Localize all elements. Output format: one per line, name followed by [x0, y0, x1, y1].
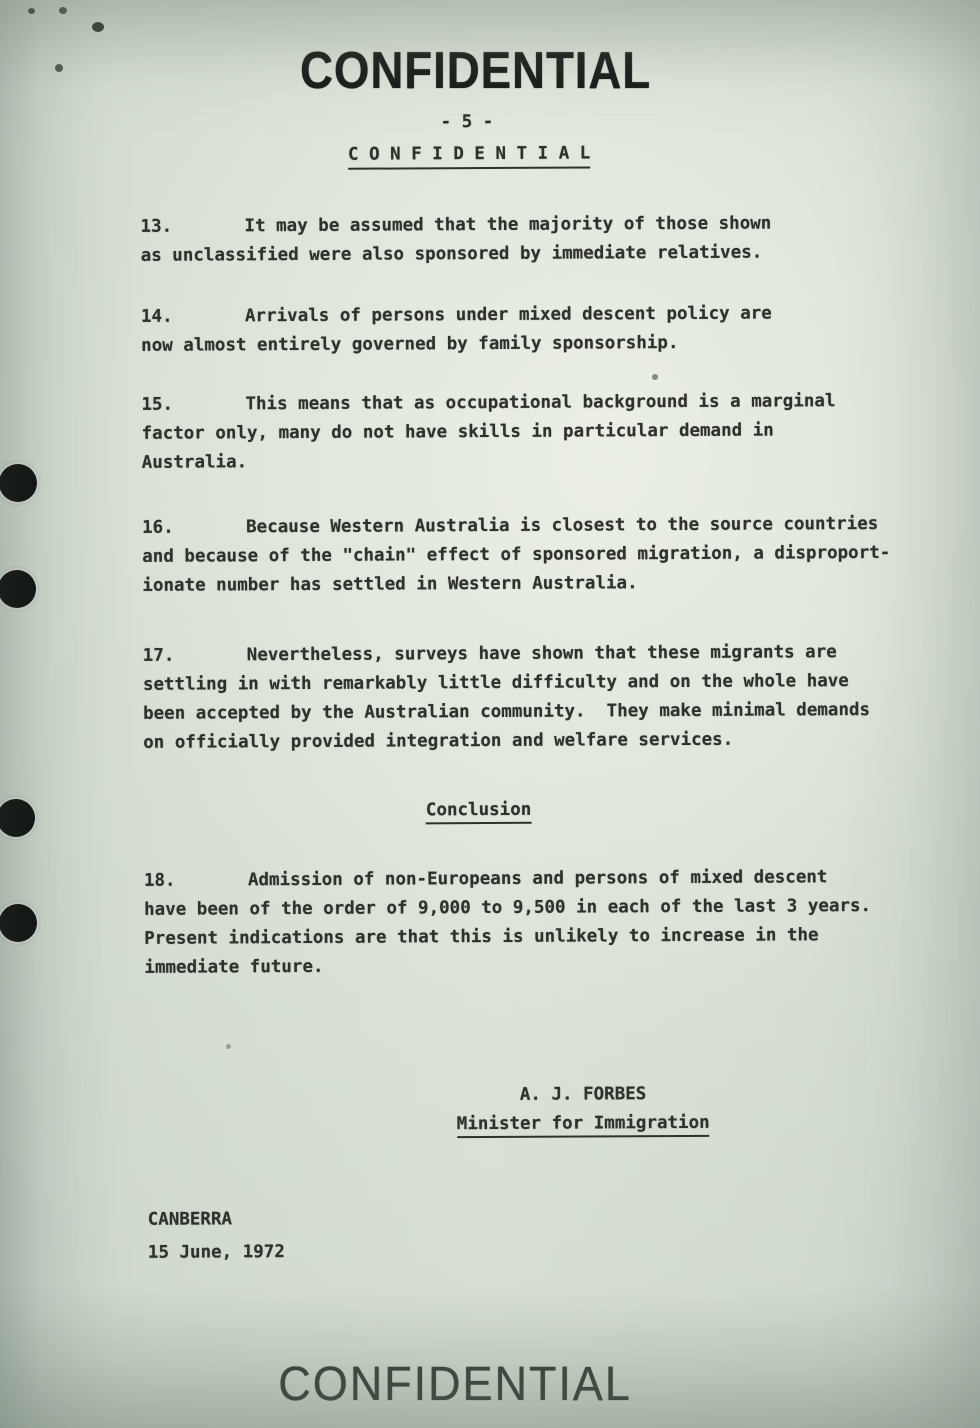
paragraph-18: 18.Admission of non-Europeans and person… [144, 863, 925, 983]
confidential-stamp-bottom-text: CONFIDENTIAL [278, 1357, 631, 1412]
paper-speck [92, 22, 104, 32]
paragraph-15: 15.This means that as occupational backg… [141, 387, 921, 478]
classification-header-text: C O N F I D E N T I A L [348, 143, 590, 169]
hole-punch-icon [0, 904, 37, 942]
paragraph-17: 17.Nevertheless, surveys have shown that… [143, 638, 924, 758]
paragraph-18-text: Admission of non-Europeans and persons o… [144, 867, 871, 978]
paragraph-16-text: Because Western Australia is closest to … [142, 514, 890, 596]
paper-speck [59, 7, 67, 14]
paragraph-15-number: 15. [141, 390, 245, 420]
paragraph-18-number: 18. [144, 866, 248, 896]
signature-title: Minister for Immigration [457, 1113, 710, 1138]
page-number: - 5 - [0, 106, 937, 140]
date-line: 15 June, 1972 [148, 1238, 285, 1268]
paper-speck [652, 374, 658, 380]
paragraph-17-number: 17. [143, 641, 247, 671]
conclusion-heading: Conclusion [1, 794, 957, 828]
scanned-document-page: CONFIDENTIAL - 5 - C O N F I D E N T I A… [0, 0, 980, 1428]
paragraph-14: 14.Arrivals of persons under mixed desce… [141, 299, 921, 361]
hole-punch-icon [0, 464, 37, 502]
paragraph-13: 13.It may be assumed that the majority o… [140, 209, 920, 271]
paragraph-17-text: Nevertheless, surveys have shown that th… [143, 642, 870, 753]
paper-speck [28, 8, 35, 14]
confidential-stamp-top: CONFIDENTIAL [0, 41, 952, 101]
paper-speck [226, 1044, 231, 1049]
paragraph-14-number: 14. [141, 302, 245, 332]
confidential-stamp-bottom: CONFIDENTIAL [0, 1357, 910, 1412]
signature-name: A. J. FORBES [433, 1080, 733, 1111]
paragraph-15-text: This means that as occupational backgrou… [142, 391, 836, 473]
paper-speck [55, 64, 63, 72]
classification-header: C O N F I D E N T I A L [0, 138, 941, 172]
confidential-stamp-top-text: CONFIDENTIAL [300, 41, 651, 101]
typewritten-content: - 5 - C O N F I D E N T I A L 13.It may … [0, 0, 980, 1428]
paragraph-16: 16.Because Western Australia is closest … [142, 510, 922, 601]
signature-block: A. J. FORBES Minister for Immigration [433, 1080, 733, 1140]
place-line: CANBERRA [148, 1205, 232, 1234]
conclusion-heading-text: Conclusion [426, 800, 531, 825]
paragraph-13-number: 13. [140, 212, 244, 242]
paragraph-16-number: 16. [142, 513, 246, 543]
